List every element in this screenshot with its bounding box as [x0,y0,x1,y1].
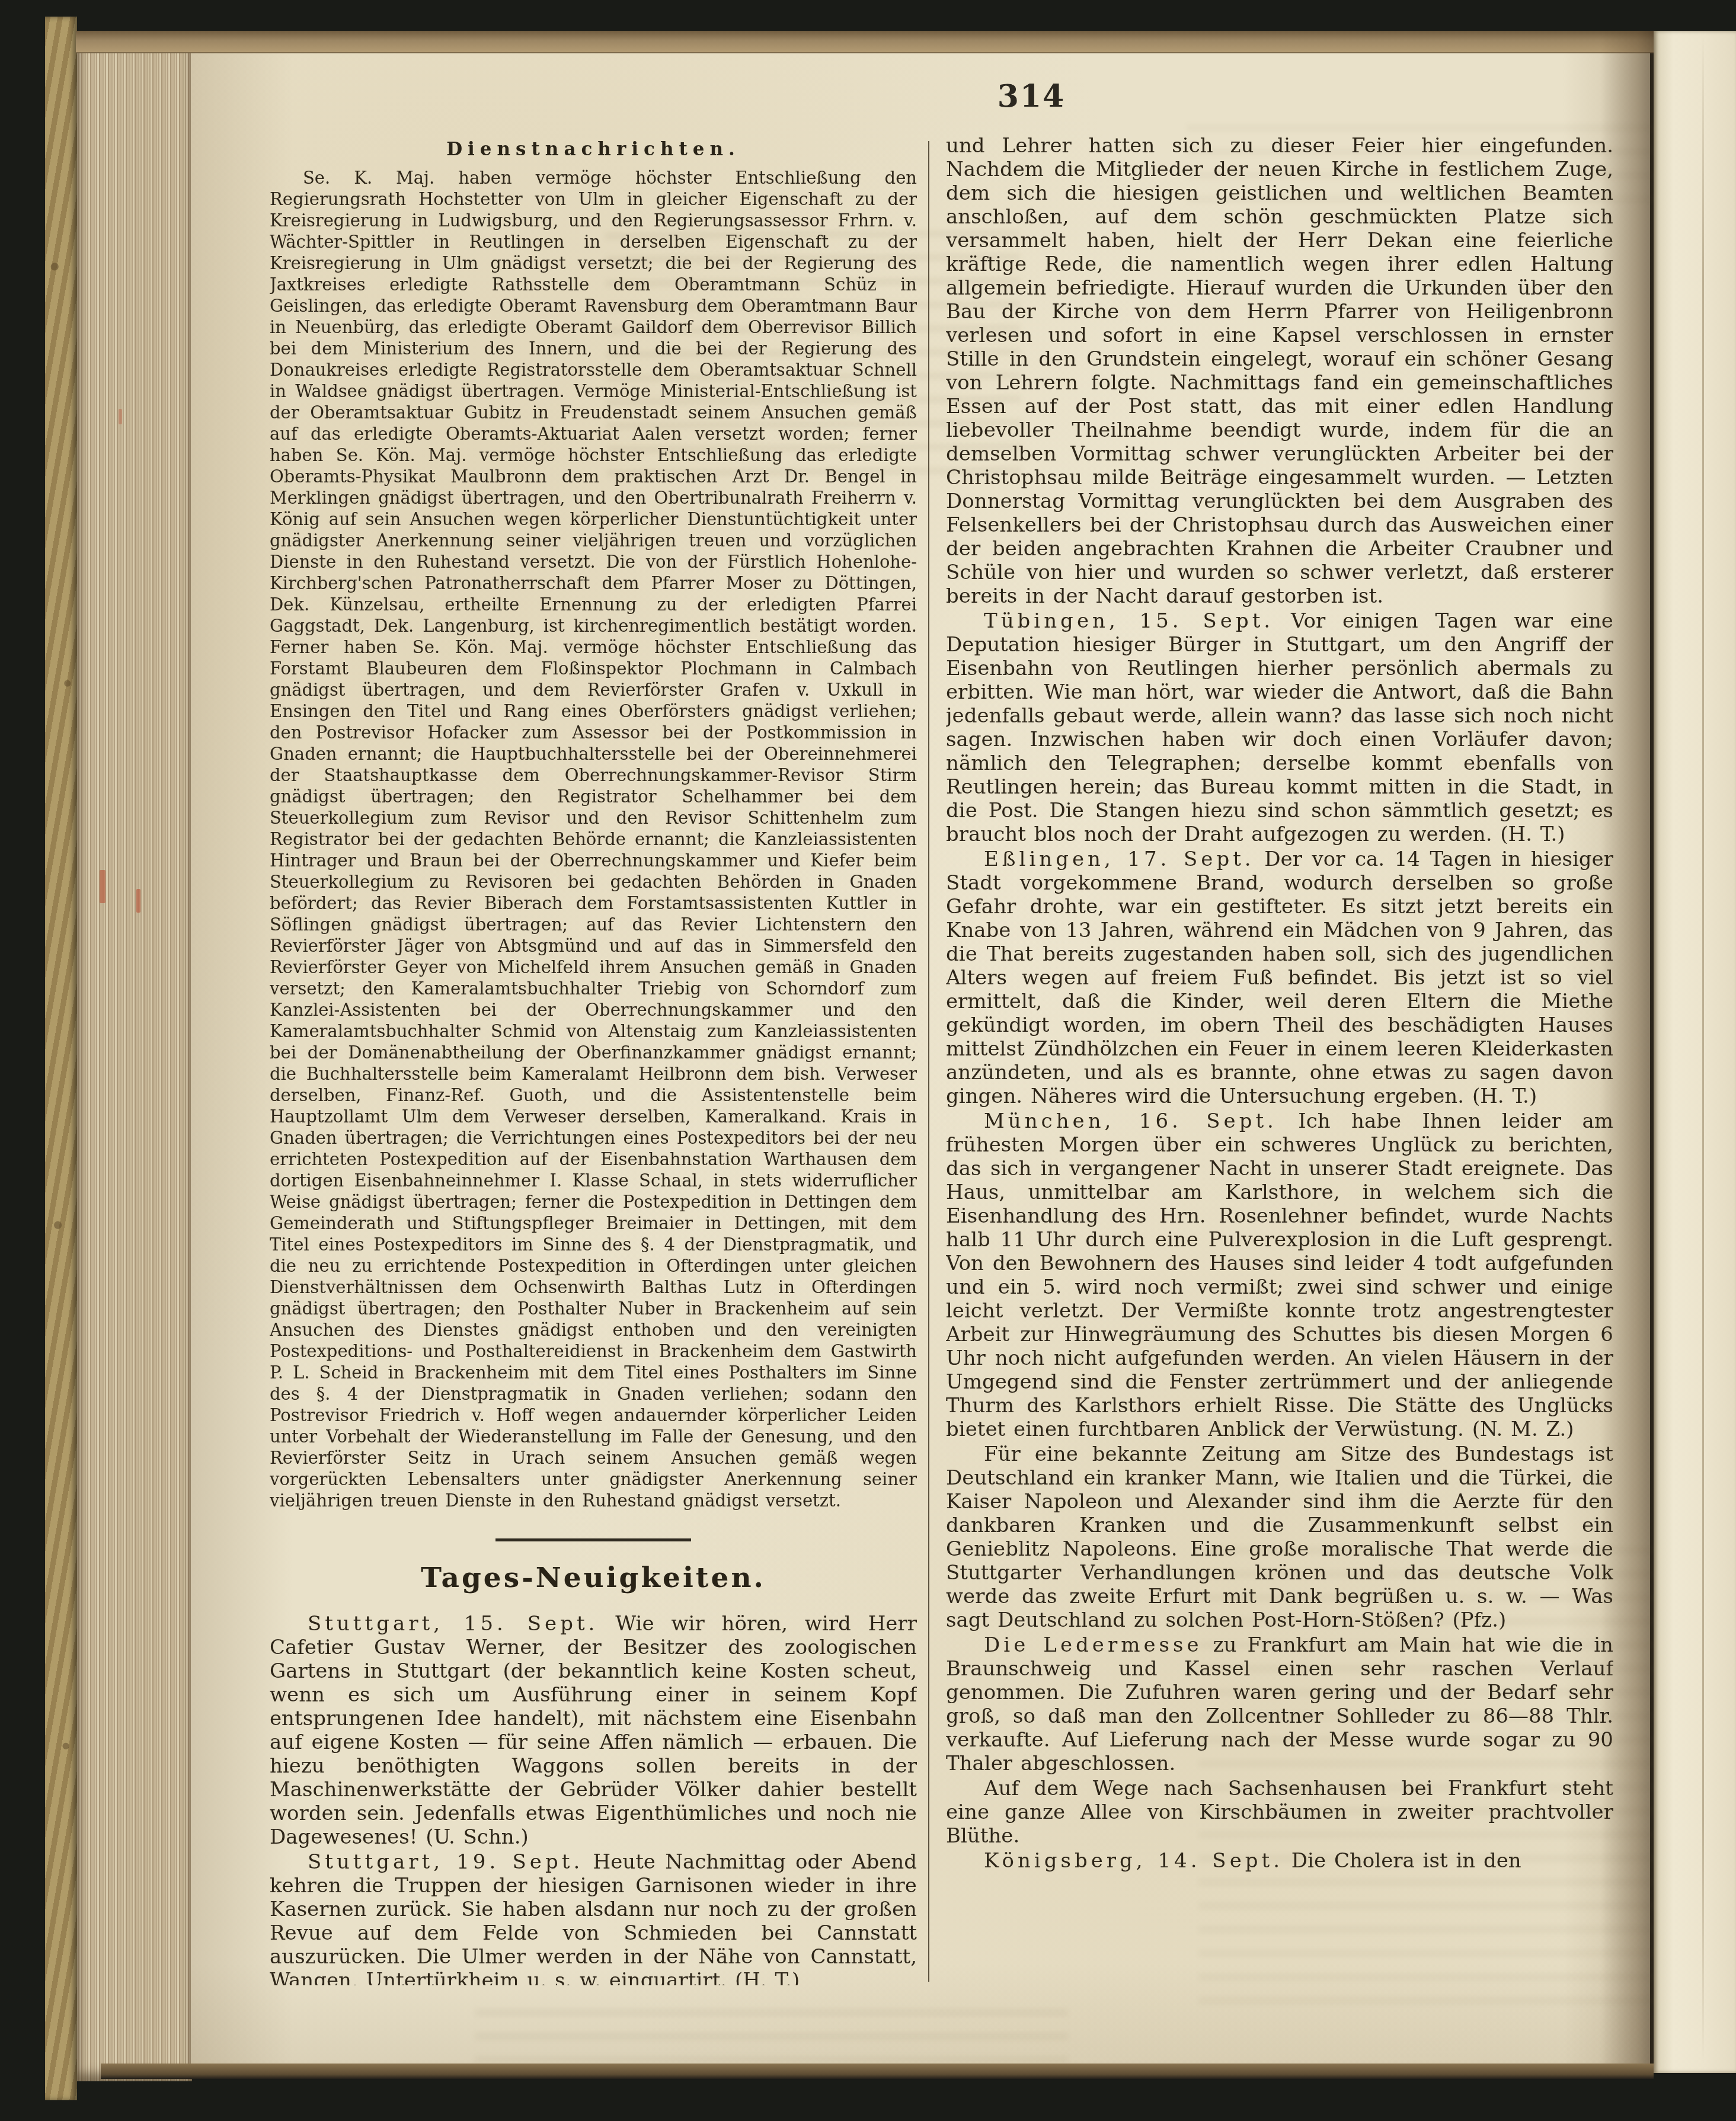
article-esslingen-17-sept: Eßlingen, 17. Sept. Der vor ca. 14 Tagen… [946,847,1613,1108]
source-tag: (U. Schn.) [426,1825,529,1849]
dateline: Stuttgart, 19. Sept. [308,1850,583,1874]
adjacent-page-crease [1702,36,1704,2062]
article-tuebingen-15-sept: Tübingen, 15. Sept. Vor einigen Tagen wa… [946,609,1613,846]
article-lead: Die Ledermesse [984,1633,1203,1657]
article-freudenstadt-continuation: und Lehrer hatten sich zu dieser Feier h… [946,134,1613,608]
adjacent-page-edge [1654,31,1736,2073]
dienstnachrichten-text: Se. K. Maj. haben vermöge höchster Entsc… [270,167,917,1511]
dateline: Stuttgart, 15. Sept. [308,1612,598,1636]
gutter-fold-shadow [1600,31,1654,2064]
article-body: und Lehrer hatten sich zu dieser Feier h… [946,134,1613,608]
article-muenchen-16-sept: München, 16. Sept. Ich habe Ihnen leider… [946,1109,1613,1441]
page-number: 314 [925,78,1138,114]
dateline: Eßlingen, 17. Sept. [984,847,1255,871]
dateline: Tübingen, 15. Sept. [984,609,1274,633]
article-body: Vor einigen Tagen war eine Deputation hi… [946,609,1613,846]
article-body: Die Cholera ist in den [1291,1849,1521,1873]
article-stuttgart-19-sept: Stuttgart, 19. Sept. Heute Nachmittag od… [270,1850,917,1985]
source-tag: (N. M. Z.) [1472,1418,1574,1441]
show-through-ghost [475,2009,1068,2062]
article-body: Für eine bekannte Zeitung am Sitze des B… [946,1442,1613,1632]
book-cover-edge [45,17,77,2100]
section-separator-rule [495,1538,691,1541]
section-title-tages-neuigkeiten: Tages-Neuigkeiten. [270,1562,917,1594]
source-tag: (H. T.) [1472,1085,1537,1108]
article-body: Auf dem Wege nach Sachsenhausen bei Fran… [946,1777,1613,1848]
article-ledermesse-frankfurt: Die Ledermesse zu Frankfurt am Main hat … [946,1633,1613,1776]
source-tag: (H. T.) [735,1969,800,1985]
article-stuttgart-15-sept: Stuttgart, 15. Sept. Wie wir hören, wird… [270,1612,917,1849]
source-tag: (H. T.) [1500,823,1565,846]
article-sachsenhausen-kirschbaeume: Auf dem Wege nach Sachsenhausen bei Fran… [946,1777,1613,1848]
fore-edge-red-mark [119,409,122,424]
right-column: und Lehrer hatten sich zu dieser Feier h… [946,134,1613,1989]
page-fore-edge-stack [77,31,192,2081]
fore-edge-red-mark [136,889,140,913]
section-title-dienstnachrichten: Dienstnachrichten. [270,139,917,160]
left-column: Dienstnachrichten. Se. K. Maj. haben ver… [270,139,917,1985]
dateline: München, 16. Sept. [984,1109,1277,1133]
article-koenigsberg-14-sept: Königsberg, 14. Sept. Die Cholera ist in… [946,1849,1613,1873]
source-tag: (Pfz.) [1453,1608,1507,1632]
book-scan: 314 Dienstnachrichten. Se. K. Maj. haben… [0,0,1736,2121]
fore-edge-red-mark [100,870,105,903]
dateline: Königsberg, 14. Sept. [984,1849,1283,1873]
article-body: Der vor ca. 14 Tagen in hiesiger Stadt v… [946,847,1613,1108]
article-body: Wie wir hören, wird Herr Cafetier Gustav… [270,1612,917,1849]
book-bottom-edge [101,2064,1654,2079]
column-divider [928,141,929,1982]
book-top-edge [76,31,1661,53]
article-bundestag-zeitung: Für eine bekannte Zeitung am Sitze des B… [946,1442,1613,1632]
article-body: Ich habe Ihnen leider am frühesten Morge… [946,1109,1613,1441]
